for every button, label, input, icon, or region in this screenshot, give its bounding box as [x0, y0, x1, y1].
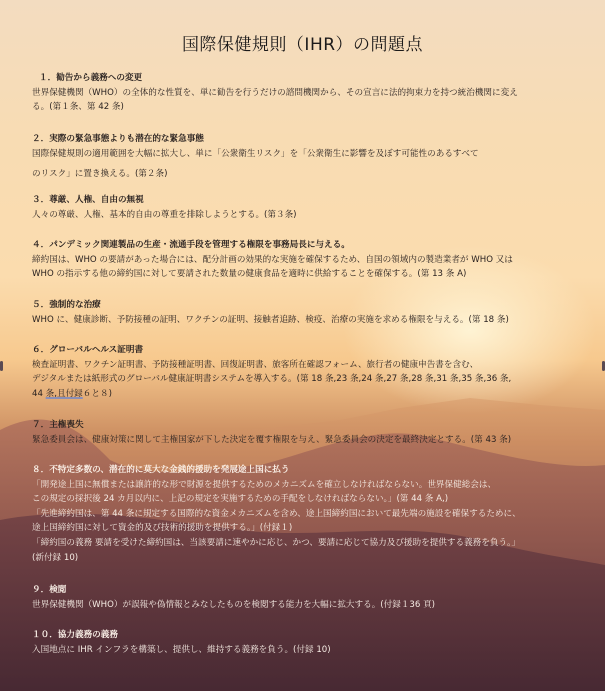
section-4: ４．パンデミック関連製品の生産・流通手段を管理する権限を事務局長に与える。 締約…: [32, 238, 585, 282]
section-3: ３．尊厳、人権、自由の無視 人々の尊厳、人権、基本的自由の尊重を排除しようとする…: [32, 193, 585, 222]
section-text: 人々の尊厳、人権、基本的自由の尊重を排除しようとする。(第３条): [32, 208, 585, 223]
section-text: 世界保健機関（WHO）が誤報や偽情報とみなしたものを検閲する能力を大幅に拡大する…: [32, 598, 585, 613]
section-text: のリスク」に置き換える。(第２条): [32, 167, 585, 182]
section-2: ２．実際の緊急事態よりも潜在的な緊急事態 国際保健規則の適用範囲を大幅に拡大し、…: [32, 132, 585, 182]
section-heading: １０．協力義務の義務: [32, 628, 585, 643]
section-text: (新付録 10): [32, 551, 585, 566]
section-heading: ６．グローバルヘルス証明書: [32, 343, 585, 358]
section-text: 途上国締約国に対して資金的及び技術的援助を提供する。」(付録１): [32, 521, 585, 536]
document-page: 国際保健規則（IHR）の問題点 １．勧告から義務への変更 世界保健機関（WHO）…: [0, 0, 605, 691]
section-heading: ８．不特定多数の、潜在的に莫大な金銭的援助を発展途上国に払う: [32, 463, 585, 478]
page-title: 国際保健規則（IHR）の問題点: [0, 30, 605, 55]
section-text: 44 条,且付録６と８): [32, 387, 585, 402]
section-text: WHO に、健康診断、予防接種の証明、ワクチンの証明、接触者追跡、検疫、治療の実…: [32, 313, 585, 328]
section-text: 世界保健機関（WHO）の全体的な性質を、単に勧告を行うだけの諮問機関から、その宣…: [32, 86, 585, 101]
section-text: 緊急委員会は、健康対策に関して主権国家が下した決定を覆す権限を与え、緊急委員会の…: [32, 433, 585, 448]
section-heading: ４．パンデミック関連製品の生産・流通手段を管理する権限を事務局長に与える。: [32, 238, 585, 253]
section-heading: １．勧告から義務への変更: [32, 71, 585, 86]
section-text: る。(第１条、第 42 条): [32, 100, 585, 115]
section-heading: ７．主権喪失: [32, 418, 585, 433]
section-10: １０．協力義務の義務 入国地点に IHR インフラを構築し、提供し、維持する義務…: [32, 628, 585, 657]
section-heading: ９．検閲: [32, 583, 585, 598]
section-heading: ５．強制的な治療: [32, 298, 585, 313]
section-text: デジタルまたは紙形式のグローバル健康証明書システムを導入する。(第 18 条,2…: [32, 372, 585, 387]
section-text: 検査証明書、ワクチン証明書、予防接種証明書、回復証明書、旅客所在確認フォーム、旅…: [32, 358, 585, 373]
section-9: ９．検閲 世界保健機関（WHO）が誤報や偽情報とみなしたものを検閲する能力を大幅…: [32, 583, 585, 612]
section-8: ８．不特定多数の、潜在的に莫大な金銭的援助を発展途上国に払う 「開発途上国に無償…: [32, 463, 585, 565]
section-7: ７．主権喪失 緊急委員会は、健康対策に関して主権国家が下した決定を覆す権限を与え…: [32, 418, 585, 447]
section-text: 国際保健規則の適用範囲を大幅に拡大し、単に「公衆衛生リスク」を「公衆衛生に影響を…: [32, 147, 585, 162]
section-6: ６．グローバルヘルス証明書 検査証明書、ワクチン証明書、予防接種証明書、回復証明…: [32, 343, 585, 401]
spellcheck-underline: 条,且付録: [46, 389, 83, 399]
section-text: WHO の指示する他の締約国に対して要請された数量の健康食品を適時に供給すること…: [32, 267, 585, 282]
section-text: 「締約国の義務 要請を受けた締約国は、当該要請に速やかに応じ、かつ、要請に応じて…: [32, 536, 585, 551]
section-text: 締約国は、WHO の要請があった場合には、配分計画の効果的な実施を確保するため、…: [32, 253, 585, 268]
section-heading: ３．尊厳、人権、自由の無視: [32, 193, 585, 208]
section-text: この規定の採択後 24 カ月以内に、上記の規定を実施するための手配をしなければな…: [32, 492, 585, 507]
section-text: 入国地点に IHR インフラを構築し、提供し、維持する義務を負う。(付録 10): [32, 643, 585, 658]
section-text: 「先進締約国は、第 44 条に規定する国際的な資金メカニズムを含め、途上国締約国…: [32, 507, 585, 522]
section-heading: ２．実際の緊急事態よりも潜在的な緊急事態: [32, 132, 585, 147]
section-1: １．勧告から義務への変更 世界保健機関（WHO）の全体的な性質を、単に勧告を行う…: [32, 71, 585, 115]
section-5: ５．強制的な治療 WHO に、健康診断、予防接種の証明、ワクチンの証明、接触者追…: [32, 298, 585, 327]
section-text: 「開発途上国に無償または譲許的な形で財源を提供するためのメカニズムを確立しなけれ…: [32, 478, 585, 493]
